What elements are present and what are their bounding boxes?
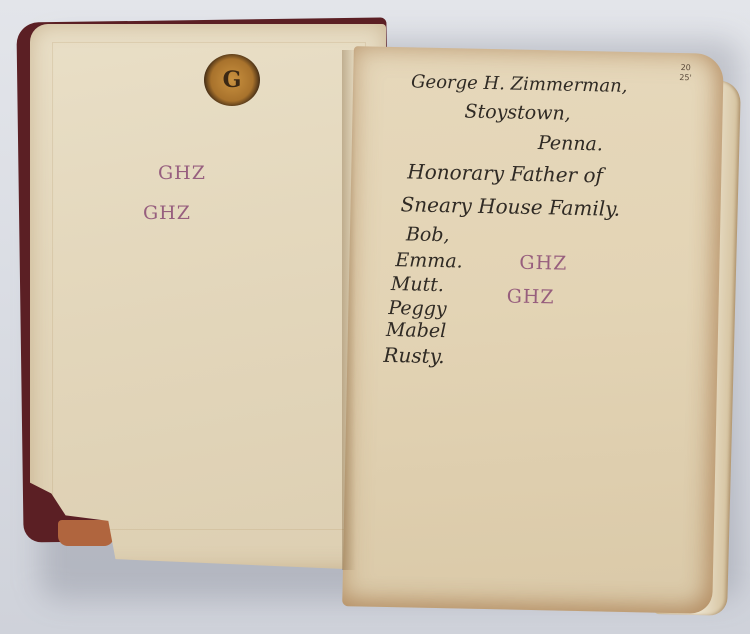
inscription-member: Mutt. bbox=[391, 273, 444, 296]
left-page: G GHZ GHZ bbox=[30, 24, 386, 570]
ghz-stamp: GHZ bbox=[506, 285, 554, 308]
corner-note: 20 25' bbox=[679, 63, 692, 83]
cover-corner-tab bbox=[58, 520, 114, 546]
inscription-member: Bob, bbox=[406, 223, 450, 246]
book-photo: G GHZ GHZ 20 25' George H. Zimmerman, St… bbox=[0, 0, 750, 634]
ghz-stamp: GHZ bbox=[158, 162, 206, 184]
inscription-member: Peggy bbox=[388, 297, 447, 320]
inscription-title: Honorary Father of bbox=[407, 159, 603, 187]
seal-emblem-icon: G bbox=[204, 54, 260, 106]
book-gutter bbox=[342, 50, 356, 570]
inscription-member: Rusty. bbox=[383, 343, 445, 368]
inscription-member: Mabel bbox=[386, 319, 447, 342]
corner-note-line: 25' bbox=[679, 73, 692, 83]
inscription-name: George H. Zimmerman, bbox=[411, 71, 628, 97]
inscription-member: Emma. bbox=[395, 249, 463, 272]
right-page: 20 25' George H. Zimmerman, Stoystown, P… bbox=[342, 46, 724, 614]
ghz-stamp: GHZ bbox=[519, 252, 567, 275]
inscription-state: Penna. bbox=[538, 132, 603, 155]
emblem-letter: G bbox=[223, 67, 242, 93]
inscription-town: Stoystown, bbox=[464, 101, 571, 125]
left-page-border bbox=[52, 42, 366, 530]
ghz-stamp: GHZ bbox=[143, 202, 191, 224]
corner-note-line: 20 bbox=[679, 63, 692, 73]
inscription-family: Sneary House Family. bbox=[400, 192, 620, 221]
